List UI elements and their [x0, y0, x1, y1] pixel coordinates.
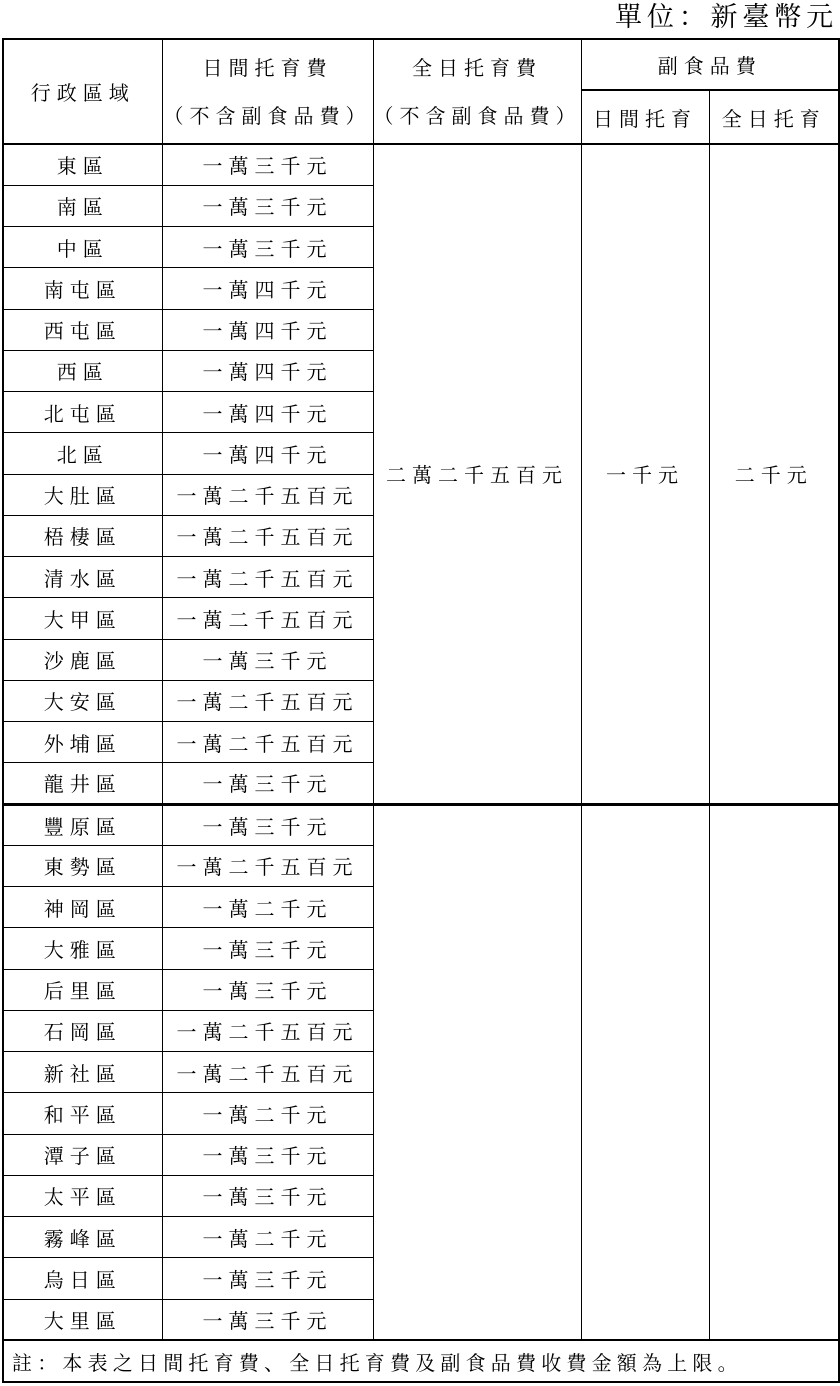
day-fee-cell: 一萬二千五百元	[162, 680, 373, 721]
header-row-1: 行政區域 日間托育費 （不含副食品費） 全日托育費 （不含副食品費） 副食品費	[3, 39, 839, 90]
day-fee-cell: 一萬二千五百元	[162, 474, 373, 515]
day-fee-cell: 一萬三千元	[162, 1258, 373, 1299]
day-fee-cell: 一萬三千元	[162, 185, 373, 226]
district-cell: 北屯區	[3, 392, 162, 433]
food-day-fee-cell	[581, 804, 709, 1340]
header-day-fee-line2: （不含副食品費）	[163, 92, 373, 140]
district-cell: 新社區	[3, 1052, 162, 1093]
table-footer: 註：本表之日間托育費、全日托育費及副食品費收費金額為上限。	[3, 1340, 839, 1382]
day-fee-cell: 一萬四千元	[162, 309, 373, 350]
district-cell: 和平區	[3, 1093, 162, 1134]
day-fee-cell: 一萬二千五百元	[162, 1052, 373, 1093]
day-fee-cell: 一萬三千元	[162, 1299, 373, 1340]
header-day-fee: 日間托育費 （不含副食品費）	[162, 39, 373, 144]
day-fee-cell: 一萬四千元	[162, 268, 373, 309]
day-fee-cell: 一萬二千五百元	[162, 845, 373, 886]
district-cell: 西區	[3, 350, 162, 391]
district-cell: 西屯區	[3, 309, 162, 350]
day-fee-cell: 一萬四千元	[162, 433, 373, 474]
table-note: 註：本表之日間托育費、全日托育費及副食品費收費金額為上限。	[3, 1340, 839, 1382]
district-cell: 烏日區	[3, 1258, 162, 1299]
day-fee-cell: 一萬三千元	[162, 1175, 373, 1216]
day-fee-cell: 一萬三千元	[162, 969, 373, 1010]
table-row: 東區一萬三千元二萬二千五百元一千元二千元	[3, 144, 839, 185]
district-cell: 神岡區	[3, 887, 162, 928]
header-day-fee-line1: 日間托育費	[163, 44, 373, 92]
district-cell: 南屯區	[3, 268, 162, 309]
district-cell: 石岡區	[3, 1010, 162, 1051]
district-cell: 清水區	[3, 557, 162, 598]
district-cell: 龍井區	[3, 763, 162, 804]
childcare-fee-table: 行政區域 日間托育費 （不含副食品費） 全日托育費 （不含副食品費） 副食品費 …	[2, 38, 840, 1383]
food-day-fee-cell: 一千元	[581, 144, 709, 804]
district-cell: 潭子區	[3, 1134, 162, 1175]
full-day-fee-cell	[373, 804, 581, 1340]
header-full-fee: 全日托育費 （不含副食品費）	[373, 39, 581, 144]
district-cell: 北區	[3, 433, 162, 474]
table-header: 行政區域 日間托育費 （不含副食品費） 全日托育費 （不含副食品費） 副食品費 …	[3, 39, 839, 144]
food-full-fee-cell	[709, 804, 839, 1340]
district-cell: 后里區	[3, 969, 162, 1010]
header-full-fee-line2: （不含副食品費）	[374, 92, 581, 140]
district-cell: 梧棲區	[3, 515, 162, 556]
header-full-fee-line1: 全日托育費	[374, 44, 581, 92]
district-cell: 中區	[3, 227, 162, 268]
district-cell: 太平區	[3, 1175, 162, 1216]
day-fee-cell: 一萬三千元	[162, 144, 373, 185]
table-section-2: 豐原區一萬三千元東勢區一萬二千五百元神岡區一萬二千元大雅區一萬三千元后里區一萬三…	[3, 804, 839, 1340]
day-fee-cell: 一萬三千元	[162, 1134, 373, 1175]
note-row: 註：本表之日間托育費、全日托育費及副食品費收費金額為上限。	[3, 1340, 839, 1382]
day-fee-cell: 一萬三千元	[162, 639, 373, 680]
day-fee-cell: 一萬二千元	[162, 1093, 373, 1134]
district-cell: 大里區	[3, 1299, 162, 1340]
day-fee-cell: 一萬二千五百元	[162, 598, 373, 639]
district-cell: 沙鹿區	[3, 639, 162, 680]
table-section-1: 東區一萬三千元二萬二千五百元一千元二千元南區一萬三千元中區一萬三千元南屯區一萬四…	[3, 144, 839, 804]
full-day-fee-cell: 二萬二千五百元	[373, 144, 581, 804]
day-fee-cell: 一萬二千五百元	[162, 557, 373, 598]
district-cell: 南區	[3, 185, 162, 226]
food-full-fee-cell: 二千元	[709, 144, 839, 804]
header-district: 行政區域	[3, 39, 162, 144]
header-food-fee: 副食品費	[581, 39, 839, 90]
day-fee-cell: 一萬四千元	[162, 392, 373, 433]
day-fee-cell: 一萬四千元	[162, 350, 373, 391]
district-cell: 外埔區	[3, 722, 162, 763]
day-fee-cell: 一萬三千元	[162, 763, 373, 804]
header-food-full: 全日托育	[709, 90, 839, 144]
district-cell: 大安區	[3, 680, 162, 721]
district-cell: 大肚區	[3, 474, 162, 515]
document-page: 單位：新臺幣元 行政區域 日間托育費 （不含副食品費） 全日托育費 （不含副食品…	[0, 0, 840, 1386]
table-row: 豐原區一萬三千元	[3, 804, 839, 845]
day-fee-cell: 一萬三千元	[162, 227, 373, 268]
district-cell: 豐原區	[3, 804, 162, 845]
district-cell: 東區	[3, 144, 162, 185]
district-cell: 大甲區	[3, 598, 162, 639]
day-fee-cell: 一萬二千五百元	[162, 515, 373, 556]
unit-label: 單位：新臺幣元	[0, 0, 840, 38]
day-fee-cell: 一萬二千元	[162, 887, 373, 928]
day-fee-cell: 一萬二千元	[162, 1217, 373, 1258]
day-fee-cell: 一萬三千元	[162, 928, 373, 969]
header-food-day: 日間托育	[581, 90, 709, 144]
district-cell: 東勢區	[3, 845, 162, 886]
day-fee-cell: 一萬二千五百元	[162, 1010, 373, 1051]
day-fee-cell: 一萬三千元	[162, 804, 373, 845]
district-cell: 大雅區	[3, 928, 162, 969]
district-cell: 霧峰區	[3, 1217, 162, 1258]
day-fee-cell: 一萬二千五百元	[162, 722, 373, 763]
